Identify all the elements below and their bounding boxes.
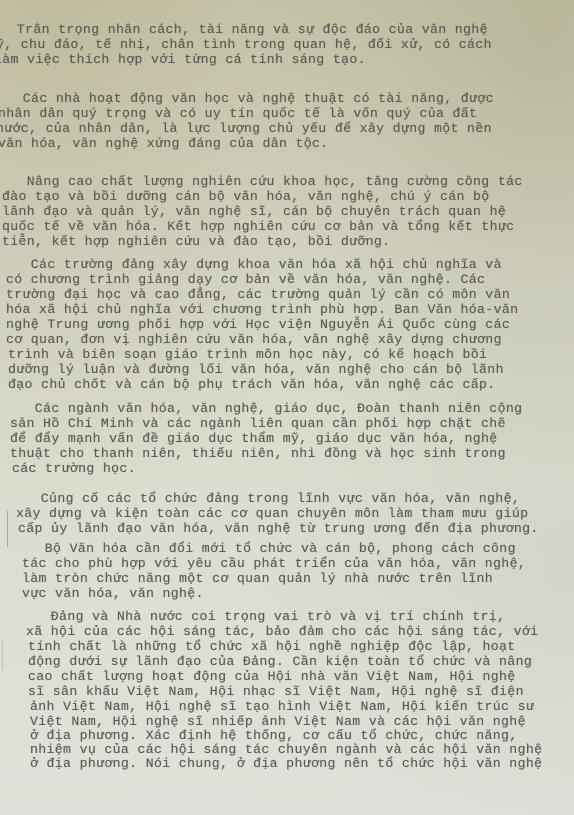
paragraph-8-line-5: cao chất lượng hoạt động của Hội nhà văn… — [28, 669, 516, 685]
paragraph-2-line-2: nhân dân quý trọng và có uy tín quốc tế … — [0, 106, 477, 122]
paragraph-5-line-4: thuật cho thanh niên, thiếu niên, nhi đồ… — [10, 446, 506, 462]
paragraph-4-line-8: dưỡng lý luận và đường lối văn hóa, văn … — [8, 362, 504, 378]
paragraph-5-line-1: Các ngành văn hóa, văn nghệ, giáo dục, Đ… — [10, 401, 522, 417]
paragraph-4-line-9: đạo chủ chốt và cán bộ phụ trách văn hóa… — [8, 377, 496, 393]
paragraph-3-line-5: tiễn, kết hợp nghiên cứu và đào tạo, bồi… — [2, 234, 390, 250]
paragraph-5-line-3: để đẩy mạnh vấn đề giáo dục thẩm mỹ, giá… — [10, 431, 498, 447]
paragraph-8-line-7: ảnh Việt Nam, Hội nghệ sĩ tạo hình Việt … — [30, 699, 534, 715]
paragraph-3-line-4: quốc tế về văn hóa. Kết hợp nghiên cứu c… — [2, 219, 514, 235]
paragraph-2-line-3: nước, của nhân dân, là lực lượng chủ yếu… — [0, 121, 492, 137]
paragraph-4-line-5: nghệ Trung ương phối hợp với Học viện Ng… — [6, 317, 510, 333]
paragraph-1-line-3: làm việc thích hợp với từng cá tính sáng… — [0, 52, 366, 68]
margin-pencil-mark — [2, 640, 3, 670]
scanned-document-page: Trân trọng nhân cách, tài năng và sự độc… — [0, 0, 574, 815]
paragraph-7-line-4: vực văn hóa, văn nghệ. — [22, 586, 204, 602]
paragraph-8-line-1: Đảng và Nhà nước coi trọng vai trò và vị… — [26, 609, 505, 625]
paragraph-7-line-3: làm tròn chức năng một cơ quan quản lý n… — [22, 571, 493, 587]
paragraph-7-line-1: Bộ Văn hóa cần đổi mới tổ chức và cán bộ… — [20, 541, 516, 557]
paragraph-6-line-2: xây dựng và kiện toàn các cơ quan chuyên… — [16, 506, 528, 522]
paragraph-6-line-3: cấp ủy lãnh đạo văn hóa, văn nghệ từ tru… — [18, 521, 539, 537]
paragraph-2-line-4: văn hóa, văn nghệ xứng đáng của dân tộc. — [0, 136, 329, 152]
paragraph-4-line-6: cơ quan, đơn vị nghiên cứu văn hóa, văn … — [6, 332, 502, 348]
paragraph-4-line-1: Các trường đảng xây dựng khoa văn hóa xã… — [6, 257, 502, 273]
paragraph-2-line-1: Các nhà hoạt động văn học và nghệ thuật … — [0, 91, 494, 107]
paragraph-3-line-3: lãnh đạo và quản lý, văn nghệ sĩ, cán bộ… — [2, 204, 506, 220]
paragraph-7-line-2: tác cho phù hợp với yêu cầu phát triển c… — [22, 556, 526, 572]
paragraph-8-line-6: sĩ sân khấu Việt Nam, Hội nhạc sĩ Việt N… — [28, 684, 524, 700]
paragraph-4-line-2: có chương trình giảng dạy cơ bản về văn … — [6, 272, 485, 288]
paragraph-3-line-1: Nâng cao chất lượng nghiên cứu khoa học,… — [2, 174, 523, 190]
paragraph-1-line-2: ỹ, chu đáo, tế nhị, chân tình trong quan… — [0, 37, 492, 53]
paragraph-8-line-11: ở địa phương. Nói chung, ở địa phương nê… — [30, 756, 542, 772]
paragraph-5-line-2: sản Hồ Chí Minh và các ngành liên quan c… — [10, 416, 506, 432]
paragraph-4-line-7: trình và biên soạn giáo trình môn học nà… — [8, 347, 487, 363]
paragraph-8-line-4: động dưới sự lãnh đạo của Đảng. Cần kiện… — [28, 654, 532, 670]
paragraph-4-line-4: hóa xã hội chủ nghĩa với chương trình ph… — [6, 302, 518, 318]
paragraph-3-line-2: đào tạo và bồi dưỡng cán bộ văn hóa, văn… — [2, 189, 490, 205]
margin-pencil-mark — [7, 511, 8, 547]
paragraph-1-line-1: Trân trọng nhân cách, tài năng và sự độc… — [0, 22, 488, 38]
paragraph-8-line-3: tính chất là những tổ chức xã hội nghề n… — [28, 639, 516, 655]
paragraph-6-line-1: Củng cố các tổ chức đảng trong lĩnh vực … — [16, 491, 520, 507]
paragraph-4-line-3: trường đại học và cao đẳng, các trường q… — [6, 287, 510, 303]
paragraph-5-line-5: các trường học. — [12, 461, 136, 477]
paragraph-8-line-2: xã hội của các hội sáng tác, bảo đảm cho… — [26, 624, 538, 640]
